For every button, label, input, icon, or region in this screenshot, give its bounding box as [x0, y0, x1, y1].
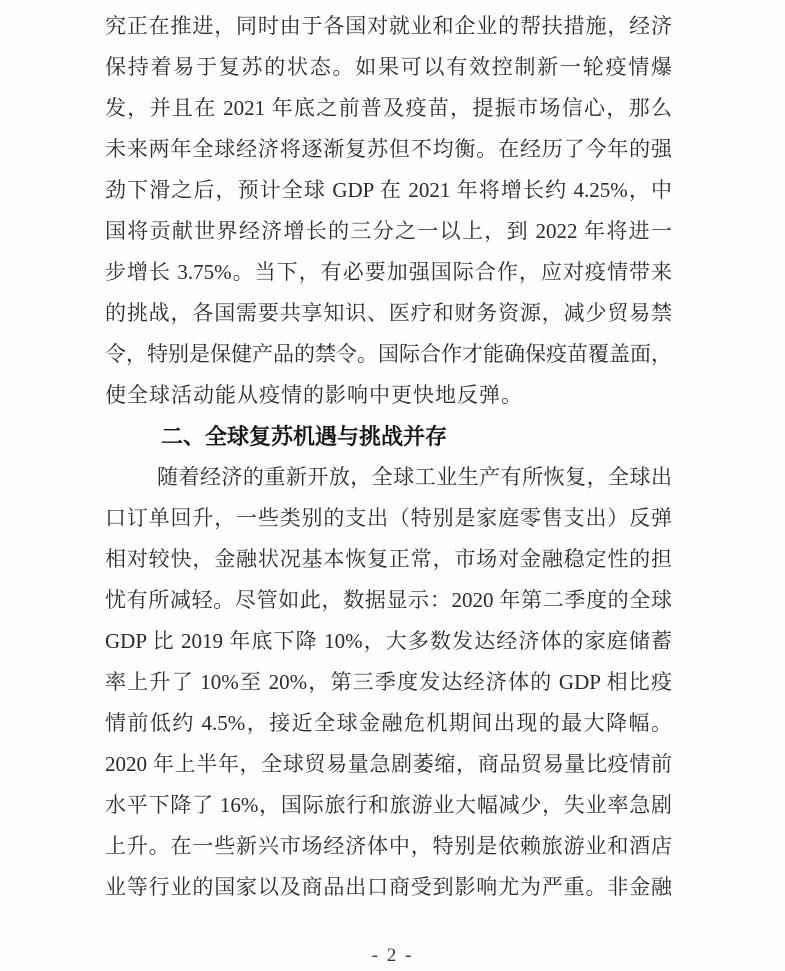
paragraph-line: 保持着易于复苏的状态。如果可以有效控制新一轮疫情爆: [105, 47, 672, 88]
paragraph-line: 的挑战，各国需要共享知识、医疗和财务资源，减少贸易禁: [105, 293, 672, 334]
page-body: 究正在推进，同时由于各国对就业和企业的帮扶措施，经济 保持着易于复苏的状态。如果…: [105, 6, 672, 908]
paragraph-line: 未来两年全球经济将逐渐复苏但不均衡。在经历了今年的强: [105, 129, 672, 170]
paragraph-line: 相对较快，金融状况基本恢复正常，市场对金融稳定性的担: [105, 539, 672, 580]
paragraph-first-line: 随着经济的重新开放，全球工业生产有所恢复，全球出: [105, 457, 672, 498]
paragraph-line: 2020 年上半年，全球贸易量急剧萎缩，商品贸易量比疫情前: [105, 744, 672, 785]
paragraph-line: 情前低约 4.5%，接近全球金融危机期间出现的最大降幅。: [105, 703, 672, 744]
paragraph-line: 水平下降了 16%，国际旅行和旅游业大幅减少，失业率急剧: [105, 785, 672, 826]
paragraph-line: 步增长 3.75%。当下，有必要加强国际合作，应对疫情带来: [105, 252, 672, 293]
paragraph-line: 率上升了 10%至 20%，第三季度发达经济体的 GDP 相比疫: [105, 662, 672, 703]
document-page: 究正在推进，同时由于各国对就业和企业的帮扶措施，经济 保持着易于复苏的状态。如果…: [0, 0, 785, 971]
section-heading: 二、全球复苏机遇与挑战并存: [105, 416, 672, 457]
paragraph-line: 国将贡献世界经济增长的三分之一以上，到 2022 年将进一: [105, 211, 672, 252]
paragraph-line: 发，并且在 2021 年底之前普及疫苗，提振市场信心，那么: [105, 88, 672, 129]
paragraph-last-line: 使全球活动能从疫情的影响中更快地反弹。: [105, 375, 672, 416]
paragraph-line: 业等行业的国家以及商品出口商受到影响尤为严重。非金融: [105, 867, 672, 908]
paragraph-line: 令，特别是保健产品的禁令。国际合作才能确保疫苗覆盖面，: [105, 334, 672, 375]
paragraph-line: 上升。在一些新兴市场经济体中，特别是依赖旅游业和酒店: [105, 826, 672, 867]
paragraph-line: GDP 比 2019 年底下降 10%，大多数发达经济体的家庭储蓄: [105, 621, 672, 662]
paragraph-line: 口订单回升，一些类别的支出（特别是家庭零售支出）反弹: [105, 498, 672, 539]
paragraph-line: 忧有所减轻。尽管如此，数据显示：2020 年第二季度的全球: [105, 580, 672, 621]
page-footer: - 2 -: [0, 945, 785, 967]
page-number: - 2 -: [372, 945, 414, 966]
paragraph-line: 劲下滑之后，预计全球 GDP 在 2021 年将增长约 4.25%，中: [105, 170, 672, 211]
paragraph-line: 究正在推进，同时由于各国对就业和企业的帮扶措施，经济: [105, 6, 672, 47]
